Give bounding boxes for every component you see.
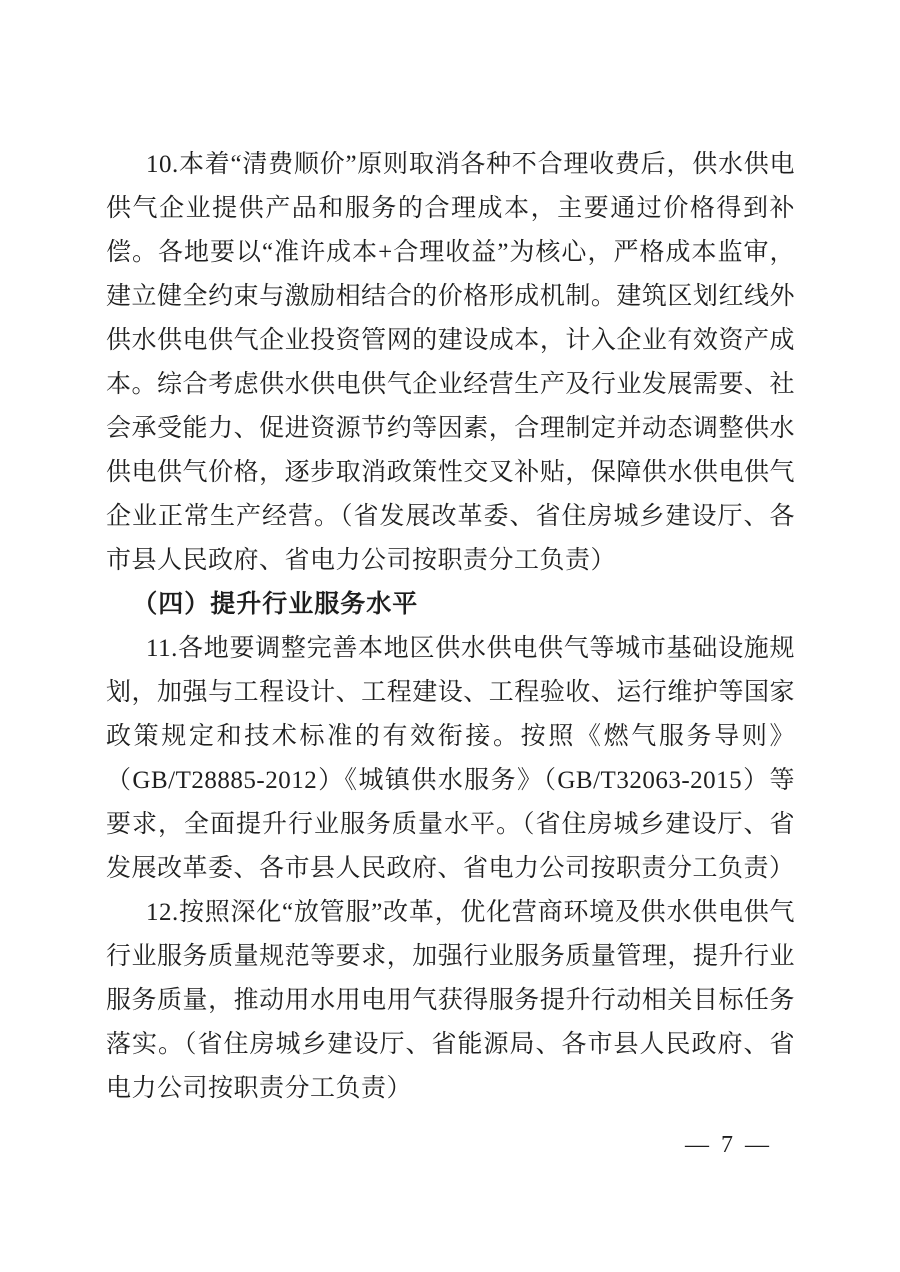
paragraph-item-12: 12.按照深化“放管服”改革，优化营商环境及供水供电供气行业服务质量规范等要求，… bbox=[106, 891, 795, 1111]
document-page: 10.本着“清费顺价”原则取消各种不合理收费后，供水供电供气企业提供产品和服务的… bbox=[0, 0, 900, 1272]
page-number: — 7 — bbox=[685, 1128, 772, 1162]
section-heading-4: （四）提升行业服务水平 bbox=[106, 583, 795, 627]
paragraph-item-10: 10.本着“清费顺价”原则取消各种不合理收费后，供水供电供气企业提供产品和服务的… bbox=[106, 143, 795, 583]
document-body: 10.本着“清费顺价”原则取消各种不合理收费后，供水供电供气企业提供产品和服务的… bbox=[106, 143, 795, 1111]
paragraph-item-11: 11.各地要调整完善本地区供水供电供气等城市基础设施规划，加强与工程设计、工程建… bbox=[106, 627, 795, 891]
